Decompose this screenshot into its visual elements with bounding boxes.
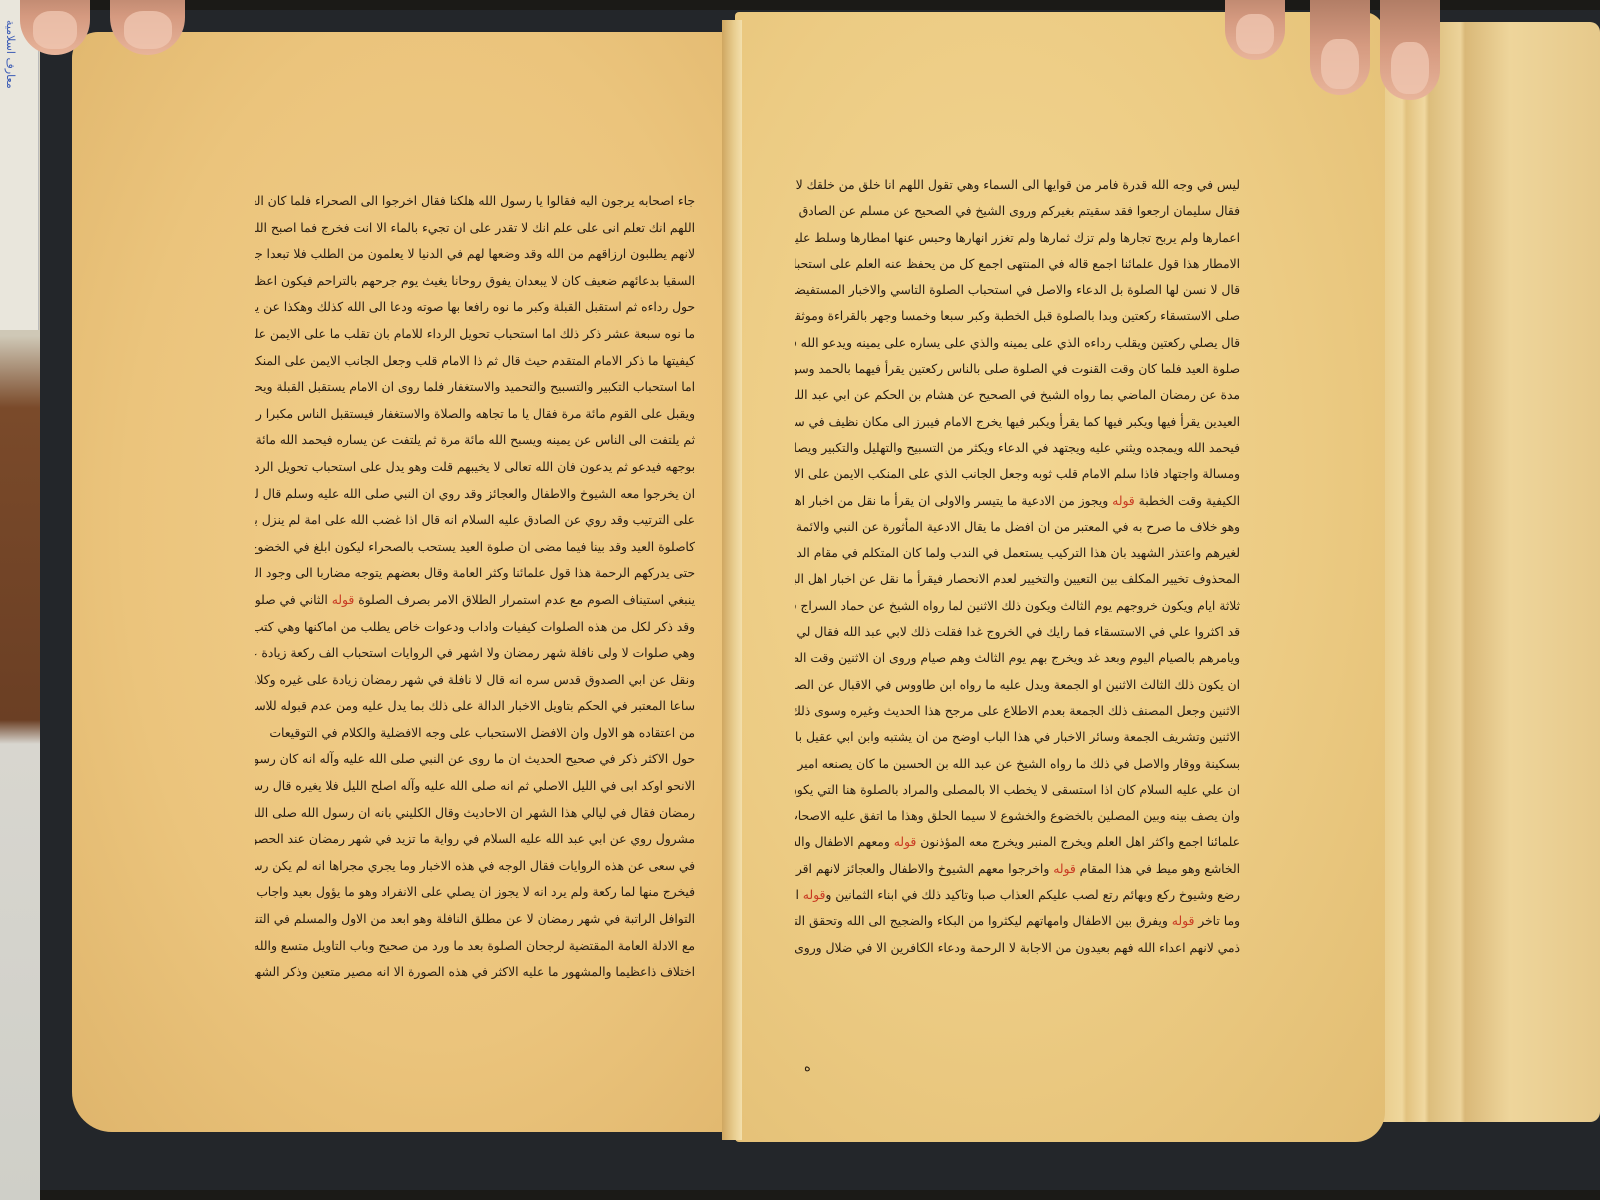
right_page-line: الاثنين وجعل المصنف ذلك الجمعة بعدم الاط…	[795, 698, 1240, 724]
right_page-line: فيحمد الله ويمجده ويثني عليه ويجتهد في ا…	[795, 435, 1240, 461]
left_page-line: كيفيتها ما ذكر الامام المتقدم حيث قال ثم…	[255, 348, 695, 375]
right_page-line: اعمارها ولم يربح تجارها ولم تزك ثمارها و…	[795, 225, 1240, 251]
right_page-line: العيدين يقرأ فيها ويكبر فيها كما يقرأ وي…	[795, 409, 1240, 435]
left_page-line: بوجهه فيدعو ثم يدعون فان الله تعالى لا ي…	[255, 454, 695, 481]
right_page-line: قال لا نسن لها الصلوة بل الدعاء والاصل ف…	[795, 277, 1240, 303]
right_page-line: ويامرهم بالصيام اليوم وبعد غد ويخرج بهم …	[795, 645, 1240, 671]
left_page-line: وقد ذكر لكل من هذه الصلوات كيفيات واداب …	[255, 614, 695, 641]
left_page-line: كاصلوة العيد وقد بينا فيما مضى ان صلوة ا…	[255, 534, 695, 561]
right_page-line: مدة عن رمضان الماضي بما رواه الشيخ في ال…	[795, 382, 1240, 408]
right_page-line: صلى الاستسقاء ركعتين وبدا بالصلوة قبل ال…	[795, 303, 1240, 329]
right_page-line: ذمي لانهم اعداء الله فهم بعيدون من الاجا…	[795, 935, 1240, 961]
right_page-line: بسكينة ووقار والاصل في ذلك ما رواه الشيخ…	[795, 751, 1240, 777]
right_page-line: المحذوف تخيير المكلف بين التعيين والتخيي…	[795, 566, 1240, 592]
finger-right-1	[1225, 0, 1285, 60]
margin-note-slip: معارف اسلامية	[0, 0, 39, 330]
left_page-line: التوافل الراتبة في شهر رمضان لا عن مطلق …	[255, 906, 695, 933]
right_page-line: ان علي عليه السلام كان اذا استسقى لا يخط…	[795, 777, 1240, 803]
right_page-line: قال يصلي ركعتين ويقلب رداءه الذي على يمي…	[795, 330, 1240, 356]
left_page-line: على الترتيب وقد روي عن الصادق عليه السلا…	[255, 507, 695, 534]
left_page-line: جاء اصحابه يرجون اليه فقالوا يا رسول الل…	[255, 188, 695, 215]
right_page-line: ومسالة واجتهاد فاذا سلم الامام قلب ثوبه …	[795, 461, 1240, 487]
right_page-line: فقال سليمان ارجعوا فقد سقيتم بغيركم وروى…	[795, 198, 1240, 224]
left_page-line: اما استحباب التكبير والتسبيح والتحميد وا…	[255, 374, 695, 401]
left_page-line: من اعتقاده هو الاول وان الافضل الاستحباب…	[255, 720, 695, 747]
rubric-qawluhu: قوله	[1112, 494, 1135, 508]
left_page-line: حول رداءه ثم استقبل القبلة وكبر ما نوه ر…	[255, 294, 695, 321]
right_page-line: الاثنين وتشريف الجمعة وسائر الاخبار في ه…	[795, 724, 1240, 750]
right_page-line: قد اكثروا علي في الاستسقاء فما رايك في ا…	[795, 619, 1240, 645]
finger-right-3	[1380, 0, 1440, 100]
rubric-qawluhu: قوله	[1053, 862, 1076, 876]
left_page-line: وهي صلوات لا ولى نافلة شهر رمضان ولا اشه…	[255, 640, 695, 667]
right-page-text-block: ليس في وجه الله قدرة فامر من قوايها الى …	[795, 172, 1240, 961]
left_page-line: السقيا بدعائهم ضعيف كان لا يبعدان يفوق ر…	[255, 268, 695, 295]
left_page-line: الانحو اوكد ابى في الليل الاصلي ثم انه ص…	[255, 773, 695, 800]
right_page-line: الكيفية وقت الخطبة قوله ويجوز من الادعية…	[795, 488, 1240, 514]
left_page-line: ونقل عن ابي الصدوق قدس سره انه قال لا نا…	[255, 667, 695, 694]
catchword: ه	[804, 1060, 811, 1075]
right_page-line: الامطار هذا قول علمائنا اجمع قاله في الم…	[795, 251, 1240, 277]
left_page-line: ما نوه سبعة عشر ذكر ذلك اما استحباب تحوي…	[255, 321, 695, 348]
left_page-line: ان يخرجوا معه الشيوخ والاطفال والعجائز و…	[255, 481, 695, 508]
left_page-line: ثم يلتفت الى الناس عن يمينه ويسبح الله م…	[255, 427, 695, 454]
right_page-line: رضع وشيوخ ركع وبهائم رتع لصب عليكم العذا…	[795, 882, 1240, 908]
right_page-line: ثلاثة ايام ويكون خروجهم يوم الثالث ويكون…	[795, 593, 1240, 619]
right_page-line: الخاشع وهو ميط في هذا المقام قوله واخرجو…	[795, 856, 1240, 882]
left_page-line: رمضان فقال في ليالي هذا الشهر ان الاحادي…	[255, 800, 695, 827]
left_page-line: ساعا المعتبر في الحكم بتاويل الاخبار الد…	[255, 693, 695, 720]
finger-right-2	[1310, 0, 1370, 95]
book-gutter	[722, 20, 742, 1140]
left_page-line: مع الادلة العامة المقتضية لرجحان الصلوة …	[255, 933, 695, 960]
left_page-line: اللهم انك تعلم انى على علم انك لا تقدر ع…	[255, 215, 695, 242]
right_page-line: ان يكون ذلك الثالث الاثنين او الجمعة ويد…	[795, 672, 1240, 698]
rubric-qawluhu: قوله	[1172, 914, 1195, 928]
right_page-line: ليس في وجه الله قدرة فامر من قوايها الى …	[795, 172, 1240, 198]
left_page-line: ويقبل على القوم مائة مرة فقال يا ما تجاه…	[255, 401, 695, 428]
right_page-line: علمائنا اجمع واكثر اهل العلم ويخرج المنب…	[795, 829, 1240, 855]
left_page-line: فيخرج منها لما ركعة ولم يرد انه لا يجوز …	[255, 879, 695, 906]
left_page-line: اختلاف ذاعظيما والمشهور ما عليه الاكثر ف…	[255, 959, 695, 986]
right_page-line: لغيرهم واعتذر الشهيد بان هذا التركيب يست…	[795, 540, 1240, 566]
right_page-line: وان يصف بينه وبين المصلين بالخضوع والخشو…	[795, 803, 1240, 829]
left_page-line: ينبغي استيناف الصوم مع عدم استمرار الطلا…	[255, 587, 695, 614]
left-page-text-block: جاء اصحابه يرجون اليه فقالوا يا رسول الل…	[255, 188, 695, 986]
left_page-line: في سعى عن هذه الروايات فقال الوجه في هذه…	[255, 853, 695, 880]
rubric-qawluhu: قوله	[803, 888, 826, 902]
right_page-line: وما تاخر قوله ويفرق بين الاطفال وامهاتهم…	[795, 908, 1240, 934]
left_page-line: لانهم يطلبون ارزاقهم من الله وقد وضعها ل…	[255, 241, 695, 268]
right_page-line: صلوة العيد فلما كان وقت القنوت في الصلوة…	[795, 356, 1240, 382]
left_page-line: حتى يدركهم الرحمة هذا قول علمائنا وكثر ا…	[255, 560, 695, 587]
rubric-qawluhu: قوله	[894, 835, 917, 849]
page-stack-fore-edge	[1375, 22, 1600, 1122]
left_page-line: مشرول روي عن ابي عبد الله عليه السلام في…	[255, 826, 695, 853]
rubric-qawluhu: قوله	[332, 593, 355, 607]
right_page-line: وهو خلاف ما صرح به في المعتبر من ان افضل…	[795, 514, 1240, 540]
margin-note-text: معارف اسلامية	[4, 20, 17, 89]
left_page-line: حول الاكثر ذكر في صحيح الحديث ان ما روى …	[255, 746, 695, 773]
